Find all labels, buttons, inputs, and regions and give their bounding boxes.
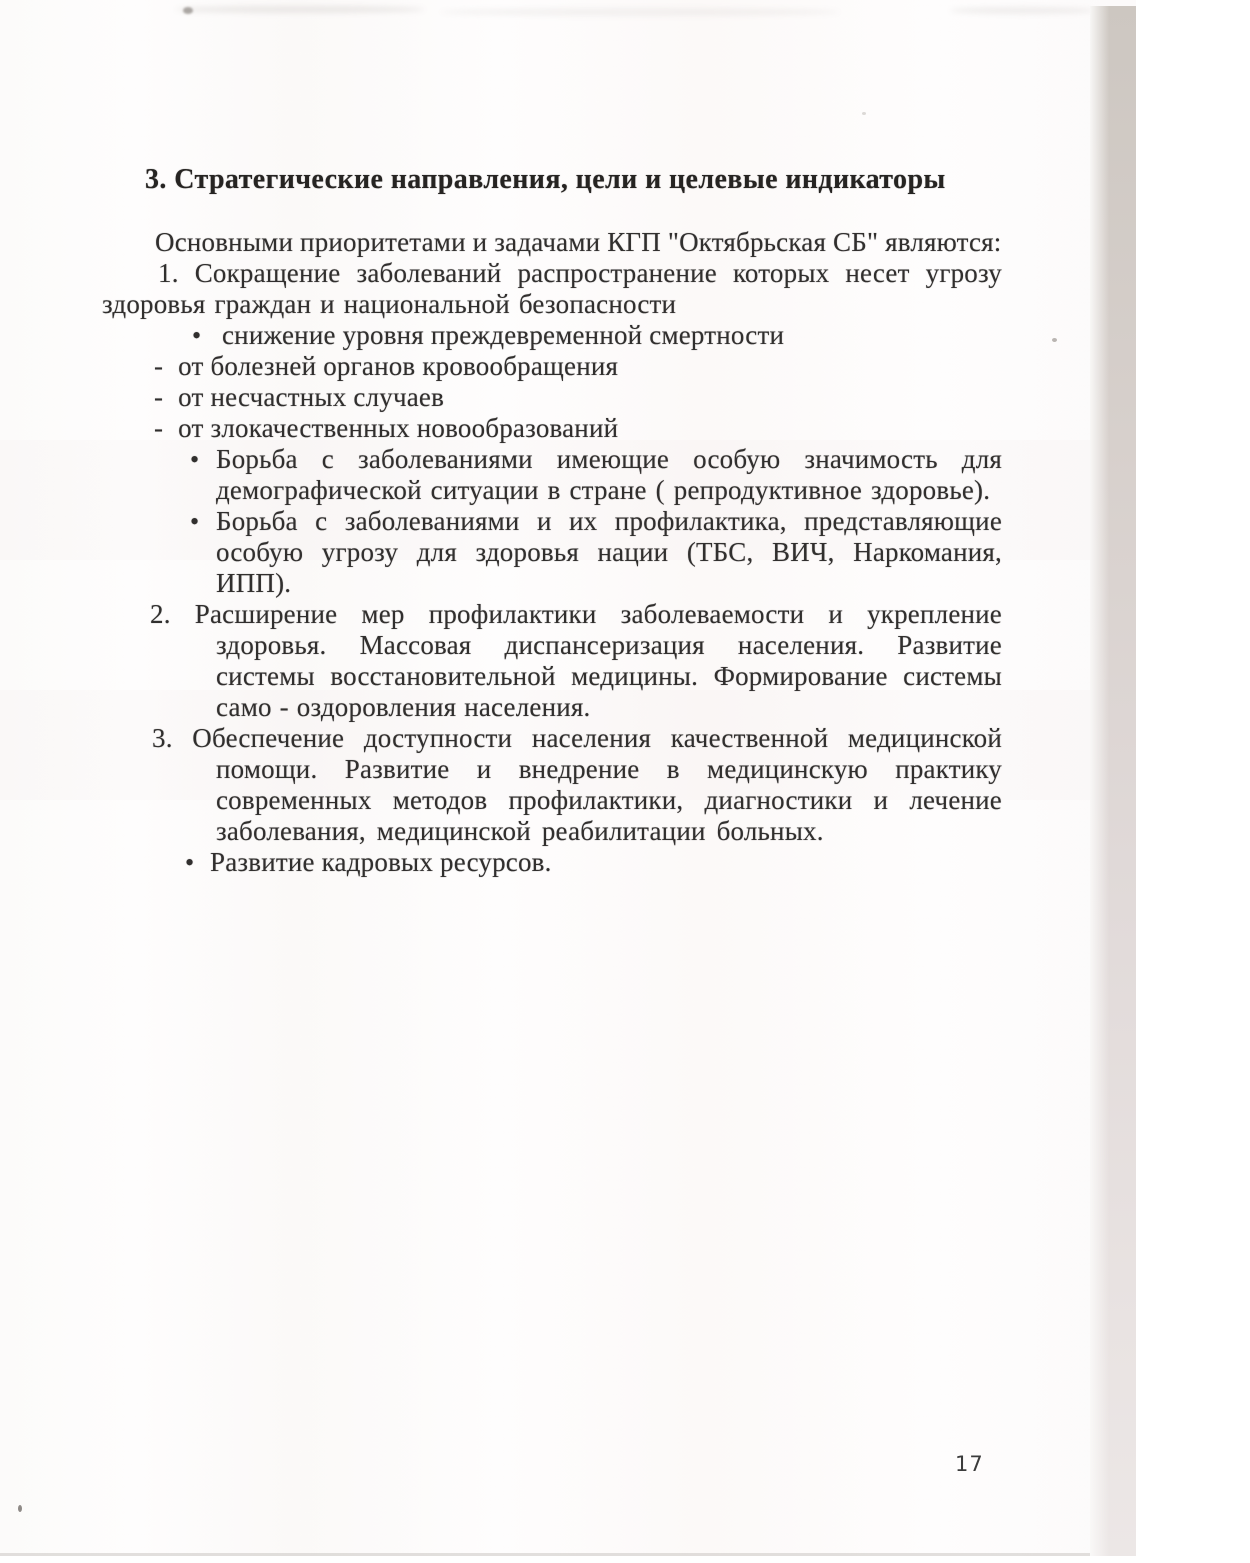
item-text: Обеспечение доступности населения качест…: [192, 723, 1002, 846]
scan-edge-strip: [1090, 6, 1136, 1556]
bullet-icon: •: [185, 847, 194, 878]
item-text: Расширение мер профилактики заболеваемос…: [195, 599, 1002, 722]
scanned-document-page: 3. Стратегические направления, цели и це…: [0, 0, 1136, 1556]
item-text: Развитие кадровых ресурсов.: [210, 847, 552, 877]
bullet-item-hr: • Развитие кадровых ресурсов.: [102, 847, 1002, 878]
dash-icon: -: [154, 382, 163, 412]
dash-item-accidents: - от несчастных случаев: [102, 382, 1002, 413]
item-number: 1.: [158, 258, 179, 288]
item-text: Сокращение заболеваний распространение к…: [102, 258, 1002, 319]
bullet-item-demographic: • Борьба с заболеваниями имеющие особую …: [102, 444, 1002, 506]
item-text: от несчастных случаев: [178, 382, 444, 412]
section-heading: 3. Стратегические направления, цели и це…: [145, 163, 1002, 197]
item-text: от злокачественных новообразований: [178, 413, 618, 443]
scan-speck: [18, 1505, 22, 1512]
dash-icon: -: [154, 413, 163, 443]
item-number: 2.: [150, 599, 171, 629]
numbered-item-2: 2. Расширение мер профилактики заболевае…: [102, 599, 1002, 723]
item-text: от болезней органов кровообращения: [178, 351, 618, 381]
intro-paragraph: Основными приоритетами и задачами КГП "О…: [102, 227, 1002, 258]
page-number: 17: [955, 1452, 984, 1476]
numbered-item-1: 1. Сокращение заболеваний распространени…: [102, 258, 1002, 320]
document-content: 3. Стратегические направления, цели и це…: [102, 0, 1002, 878]
scan-speck: [1052, 338, 1057, 342]
bullet-item-mortality: • снижение уровня преждевременной смертн…: [102, 320, 1002, 351]
numbered-item-3: 3. Обеспечение доступности населения кач…: [102, 723, 1002, 847]
item-text: снижение уровня преждевременной смертнос…: [222, 320, 784, 350]
bullet-icon: •: [192, 320, 201, 351]
item-number: 3.: [152, 723, 173, 753]
bullet-item-nation-health: • Борьба с заболеваниями и их профилакти…: [102, 506, 1002, 599]
item-text: Борьба с заболеваниями и их профилактика…: [216, 506, 1002, 598]
bullet-icon: •: [190, 444, 199, 475]
dash-icon: -: [154, 351, 163, 381]
item-text: Борьба с заболеваниями имеющие особую зн…: [216, 444, 1002, 505]
bullet-icon: •: [190, 506, 199, 537]
dash-item-circulatory: - от болезней органов кровообращения: [102, 351, 1002, 382]
dash-item-neoplasms: - от злокачественных новообразований: [102, 413, 1002, 444]
